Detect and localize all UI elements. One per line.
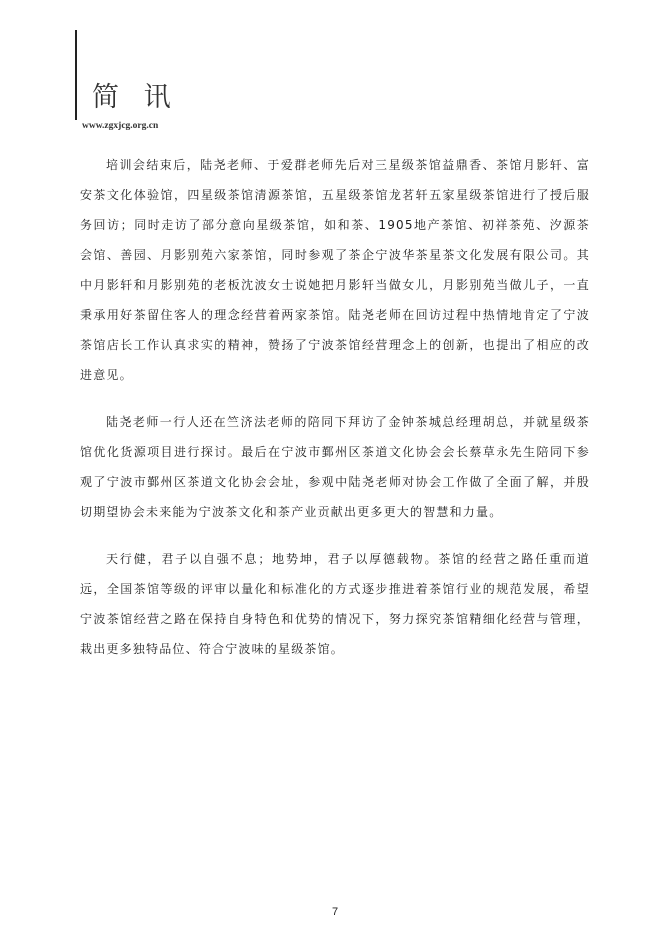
article-paragraph: 天行健，君子以自强不息；地势坤，君子以厚德载物。茶馆的经营之路任重而道远，全国茶… (80, 544, 590, 664)
article-body: 培训会结束后，陆尧老师、于爱群老师先后对三星级茶馆益鼎香、茶馆月影轩、富安茶文化… (80, 150, 590, 681)
website-url: www.zgxjcg.org.cn (82, 121, 158, 131)
article-paragraph: 陆尧老师一行人还在竺济法老师的陪同下拜访了金钟茶城总经理胡总，并就星级茶馆优化货… (80, 407, 590, 527)
section-title: 简 讯 (92, 80, 179, 116)
page-number: 7 (0, 906, 670, 918)
article-paragraph: 培训会结束后，陆尧老师、于爱群老师先后对三星级茶馆益鼎香、茶馆月影轩、富安茶文化… (80, 150, 590, 390)
header-vertical-rule (75, 30, 77, 120)
